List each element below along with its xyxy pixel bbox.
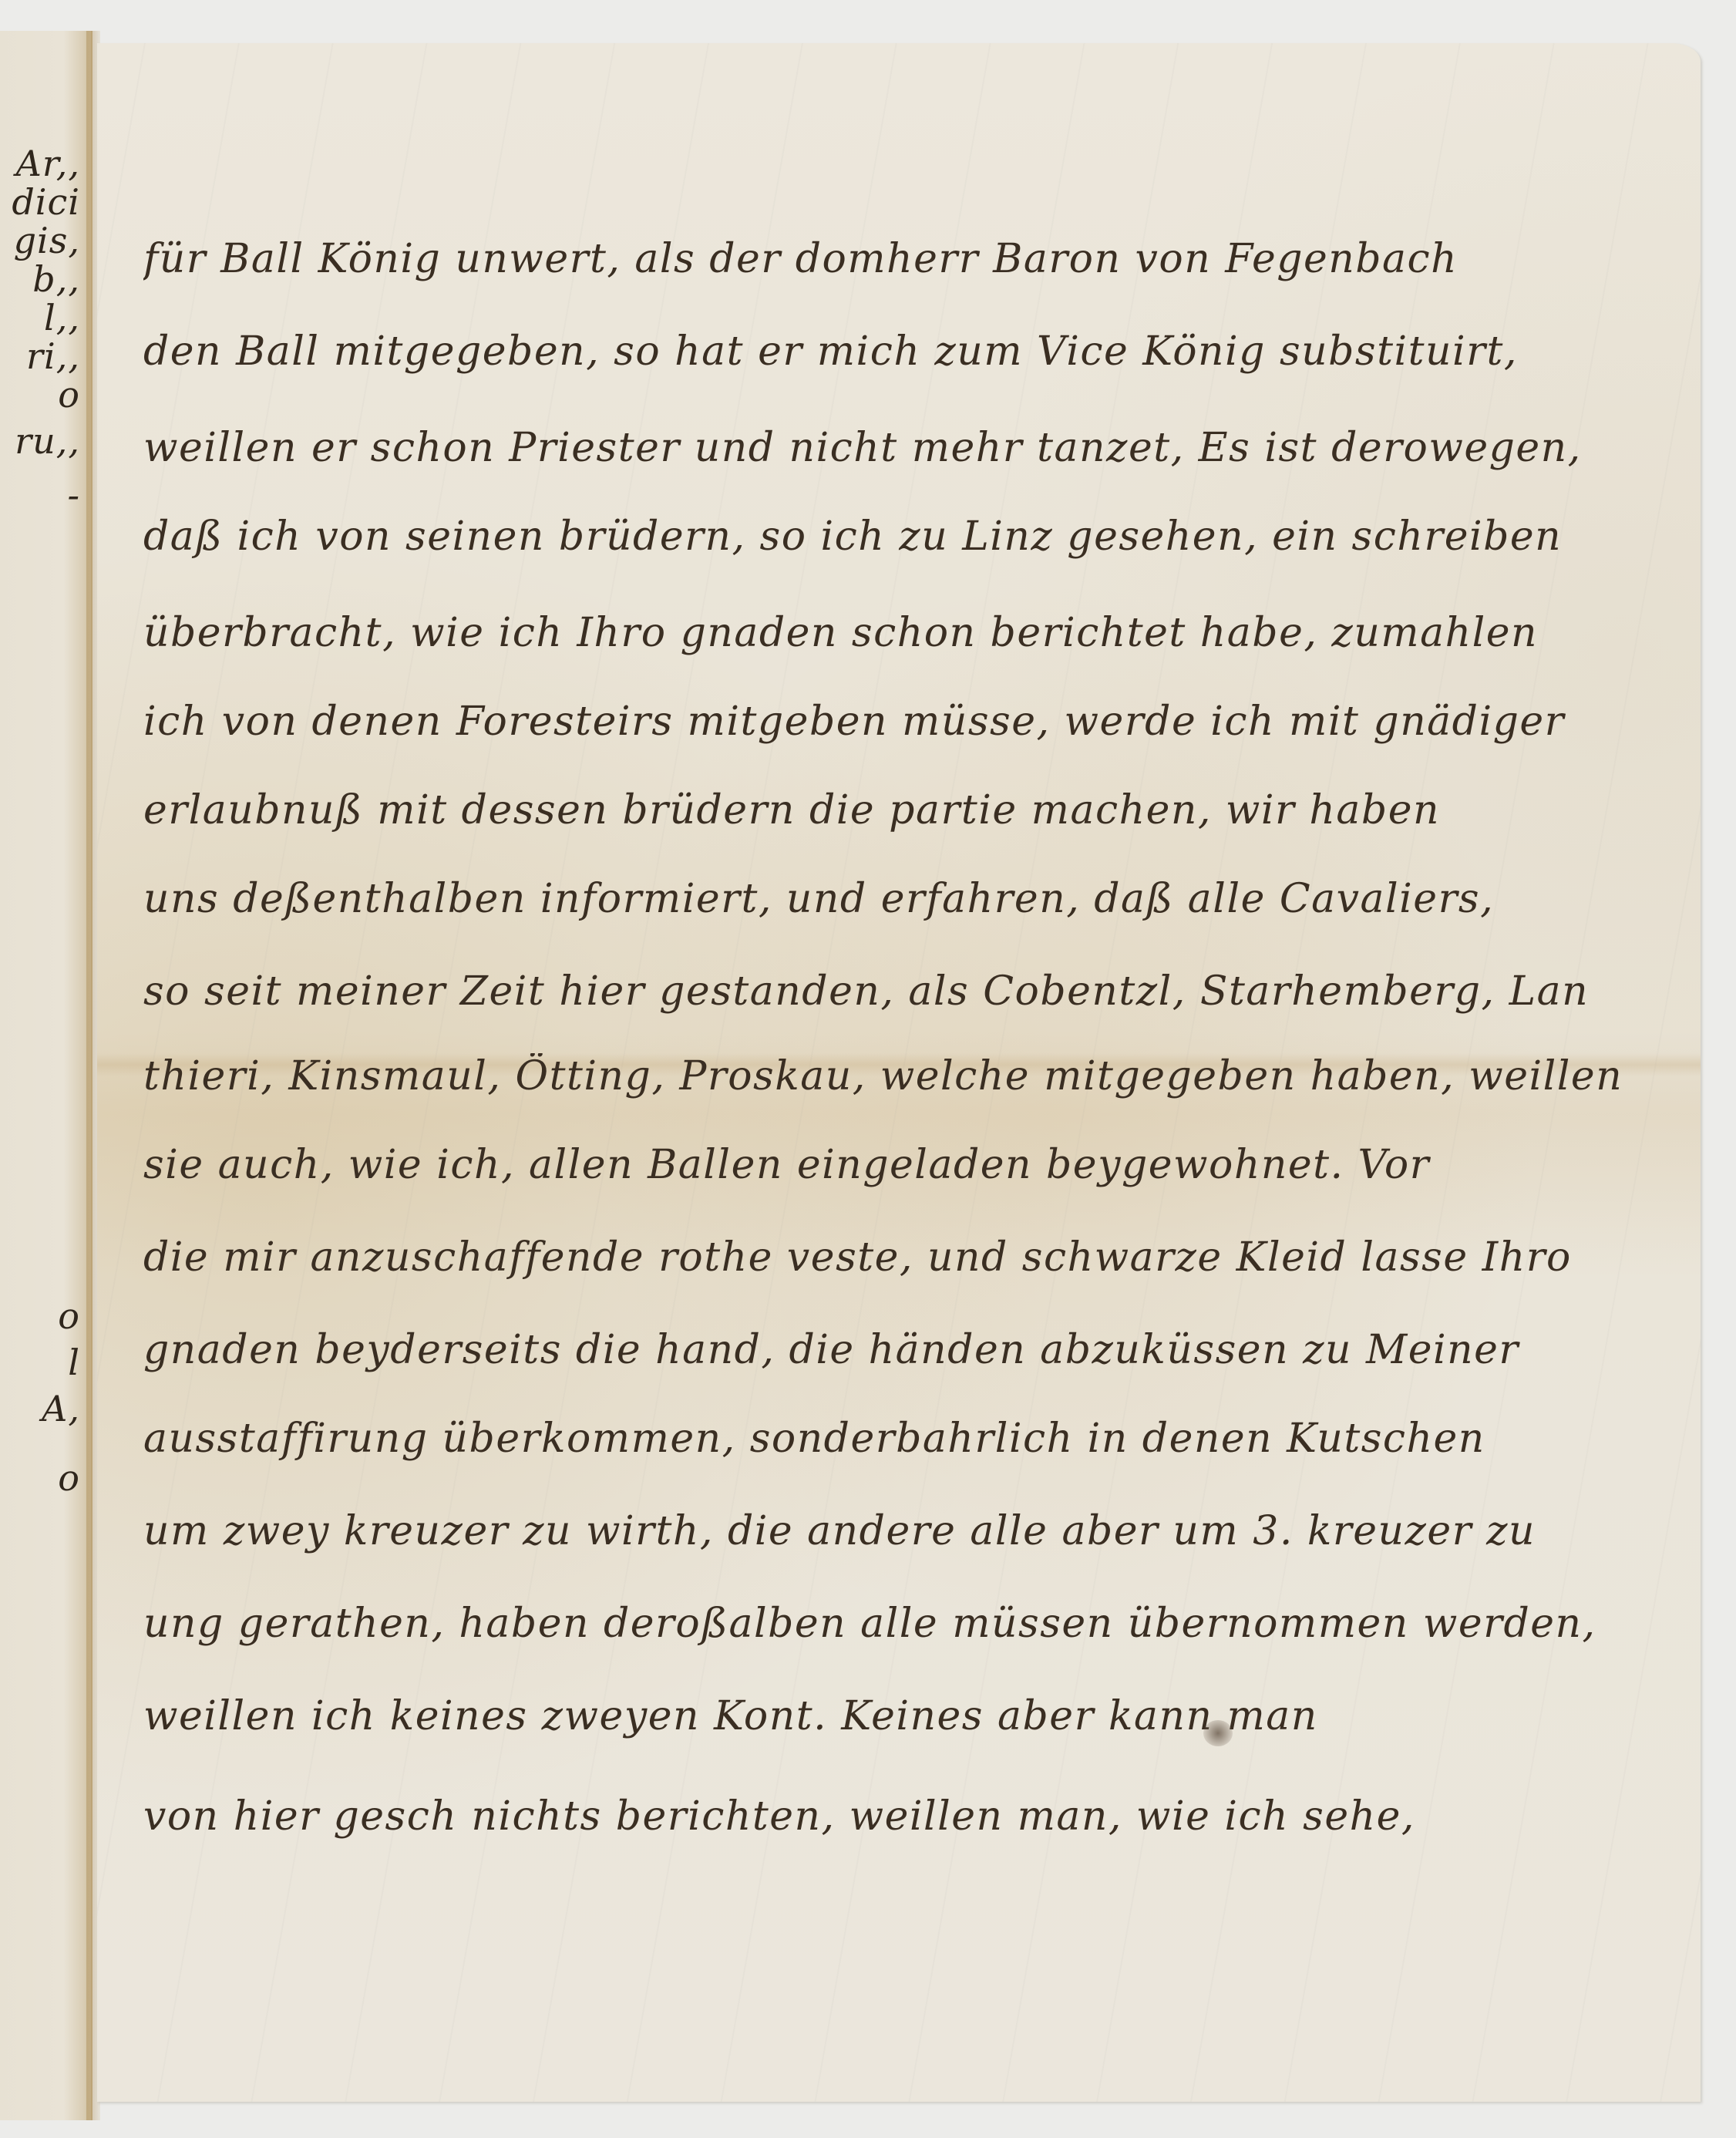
manuscript-line: ung gerathen, haben deroßalben alle müss…	[143, 1601, 1670, 1647]
facing-page-text: ru,,	[15, 420, 80, 462]
facing-page-text: Ar,,	[16, 143, 80, 184]
manuscript-line: daß ich von seinen brüdern, so ich zu Li…	[143, 513, 1670, 560]
manuscript-line: um zwey kreuzer zu wirth, die andere all…	[143, 1508, 1670, 1554]
manuscript-line: weillen ich keines zweyen Kont. Keines a…	[143, 1693, 1670, 1739]
manuscript-line: thieri, Kinsmaul, Ötting, Proskau, welch…	[143, 1053, 1670, 1099]
manuscript-line: überbracht, wie ich Ihro gnaden schon be…	[143, 610, 1670, 656]
manuscript-line: den Ball mitgegeben, so hat er mich zum …	[143, 328, 1670, 375]
facing-page-text: l,,	[44, 297, 80, 338]
letter-page: für Ball König unwert, als der domherr B…	[97, 43, 1701, 2102]
manuscript-line: die mir anzuschaffende rothe veste, und …	[143, 1234, 1670, 1281]
facing-page-text: b,,	[32, 258, 80, 300]
manuscript-line: so seit meiner Zeit hier gestanden, als …	[143, 968, 1670, 1015]
manuscript-line: für Ball König unwert, als der domherr B…	[143, 236, 1670, 282]
manuscript-line: weillen er schon Priester und nicht mehr…	[143, 425, 1670, 471]
manuscript-line: ich von denen Foresteirs mitgeben müsse,…	[143, 699, 1670, 745]
manuscript-line: sie auch, wie ich, allen Ballen eingelad…	[143, 1142, 1670, 1188]
facing-page-text: A,	[42, 1388, 80, 1429]
facing-page-text: dici	[12, 181, 80, 223]
manuscript-line: gnaden beyderseits die hand, die händen …	[143, 1327, 1670, 1373]
facing-page-text: -	[67, 474, 80, 516]
manuscript-line: ausstaffirung überkommen, sonderbahrlich…	[143, 1416, 1670, 1462]
facing-page-fragment: Ar,, dici gis, b,, l,, ri,, o ru,, - o l…	[0, 31, 93, 2120]
facing-page-text: l	[68, 1342, 80, 1383]
facing-page-text: o	[58, 1457, 80, 1499]
manuscript-line: erlaubnuß mit dessen brüdern die partie …	[143, 787, 1670, 833]
facing-page-text: o	[58, 1295, 80, 1337]
manuscript-line: uns deßenthalben informiert, und erfahre…	[143, 876, 1670, 922]
ink-blot	[1203, 1720, 1233, 1746]
manuscript-line: von hier gesch nichts berichten, weillen…	[143, 1793, 1670, 1840]
facing-page-text: gis,	[14, 220, 80, 261]
facing-page-text: ri,,	[26, 335, 80, 377]
facing-page-text: o	[58, 374, 80, 416]
